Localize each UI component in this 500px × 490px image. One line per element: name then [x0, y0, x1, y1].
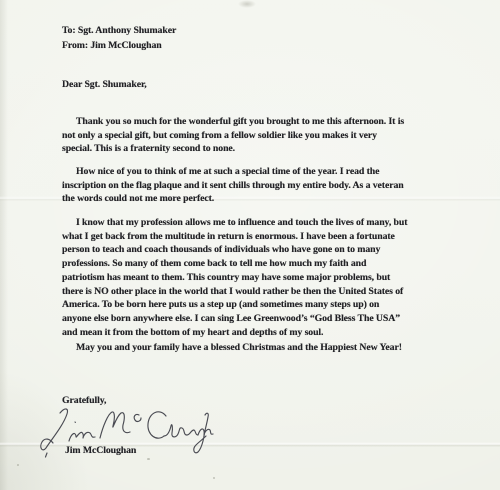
- letter-line: anyone else born anywhere else. I can si…: [62, 312, 407, 326]
- letter-line: I know that my profession allows me to i…: [62, 216, 407, 230]
- letter-line: the words could not me more perfect.: [62, 192, 404, 206]
- salutation: Dear Sgt. Shumaker,: [62, 78, 147, 92]
- paragraph-1: Thank you so much for the wonderful gift…: [62, 115, 404, 156]
- letter-line: person to teach and coach thousands of i…: [62, 243, 407, 257]
- signed-name-typed: Jim McCloughan: [65, 444, 136, 458]
- letter-line: special. This is a fraternity second to …: [62, 142, 404, 156]
- letter-line: professions. So many of them come back t…: [62, 257, 407, 271]
- letter-line: inscription on the flag plaque and it se…: [62, 179, 404, 193]
- letter-header: To: Sgt. Anthony Shumaker From: Jim McCl…: [62, 24, 176, 53]
- letter-line: and mean it from the bottom of my heart …: [62, 326, 407, 340]
- paragraph-3: I know that my profession allows me to i…: [62, 216, 407, 339]
- paragraph-2: How nice of you to think of me at such a…: [62, 165, 404, 206]
- paper-speck: [213, 477, 215, 479]
- letter-line: there is NO other place in the world tha…: [62, 285, 407, 299]
- letter-line: what I get back from the multitude in re…: [62, 230, 407, 244]
- paragraph-4: May you and your family have a blessed C…: [62, 341, 402, 355]
- from-line: From: Jim McCloughan: [62, 39, 176, 54]
- letter-line: May you and your family have a blessed C…: [62, 341, 402, 355]
- letter-line: America. To be born here puts us a step …: [62, 298, 407, 312]
- letter-line: patriotism has meant to them. This count…: [62, 271, 407, 285]
- letter-page: To: Sgt. Anthony Shumaker From: Jim McCl…: [0, 0, 500, 490]
- to-line: To: Sgt. Anthony Shumaker: [62, 24, 176, 39]
- scan-smudge: [238, 0, 256, 8]
- letter-line: How nice of you to think of me at such a…: [62, 165, 404, 179]
- letter-line: not only a special gift, but coming from…: [62, 129, 404, 143]
- letter-line: Thank you so much for the wonderful gift…: [62, 115, 404, 129]
